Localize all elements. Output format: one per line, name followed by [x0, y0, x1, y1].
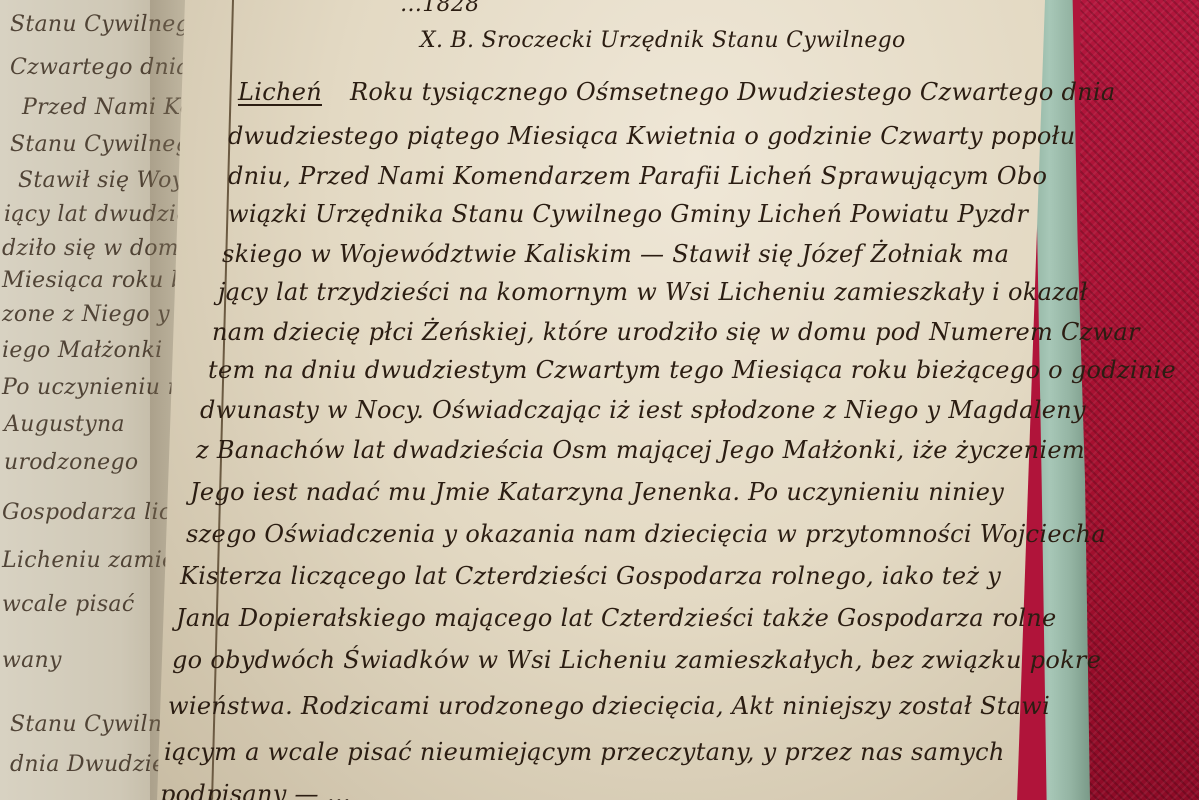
text-line: dwunasty w Nocy. Oświadczając iż iest sp…: [200, 396, 1086, 424]
margin-place-name: Licheń: [238, 78, 322, 106]
left-line: urodzonego: [4, 450, 138, 475]
text-line: tem na dniu dwudziestym Czwartym tego Mi…: [208, 356, 1176, 384]
left-line: dnia Dwudzie: [10, 752, 165, 777]
text-line: nam dziecię płci Żeńskiej, które urodził…: [212, 318, 1140, 346]
left-line: wcale pisać: [2, 592, 134, 617]
red-textile-background: [1080, 0, 1199, 800]
text-line: Kisterza liczącego lat Czterdzieści Gosp…: [180, 562, 1001, 590]
text-line: skiego w Województwie Kaliskim — Stawił …: [222, 240, 1009, 268]
text-line: iącym a wcale pisać nieumiejącym przeczy…: [164, 738, 1005, 766]
register-header: X. B. Sroczecki Urzędnik Stanu Cywilnego: [420, 28, 906, 53]
text-line: dwudziestego piątego Miesiąca Kwietnia o…: [228, 122, 1075, 150]
text-line: go obydwóch Świadków w Wsi Licheniu zami…: [172, 646, 1101, 674]
text-line: Roku tysiącznego Ośmsetnego Dwudziestego…: [350, 78, 1116, 106]
text-line: szego Oświadczenia y okazania nam dzieci…: [186, 520, 1106, 548]
left-line: wany: [2, 648, 62, 673]
text-line: podpisany — …: [160, 780, 351, 800]
left-line: iego Małżonki: [2, 338, 162, 363]
text-line: dniu, Przed Nami Komendarzem Parafii Lic…: [228, 162, 1047, 190]
header-top: …1828: [400, 0, 480, 17]
text-line: wiązki Urzędnika Stanu Cywilnego Gminy L…: [228, 200, 1028, 228]
text-line: wieństwa. Rodzicami urodzonego dziecięci…: [168, 692, 1050, 720]
text-line: z Banachów lat dwadzieścia Osm mającej J…: [196, 436, 1085, 464]
document-photo: Stanu Cywilnego Czwartego dnia Dwudzie P…: [0, 0, 1199, 800]
text-line: Jego iest nadać mu Jmie Katarzyna Jenenk…: [190, 478, 1004, 506]
left-line: Augustyna: [4, 412, 125, 437]
text-line: jący lat trzydzieści na komornym w Wsi L…: [218, 278, 1088, 306]
text-line: Jana Dopierałskiego mającego lat Czterdz…: [176, 604, 1057, 632]
